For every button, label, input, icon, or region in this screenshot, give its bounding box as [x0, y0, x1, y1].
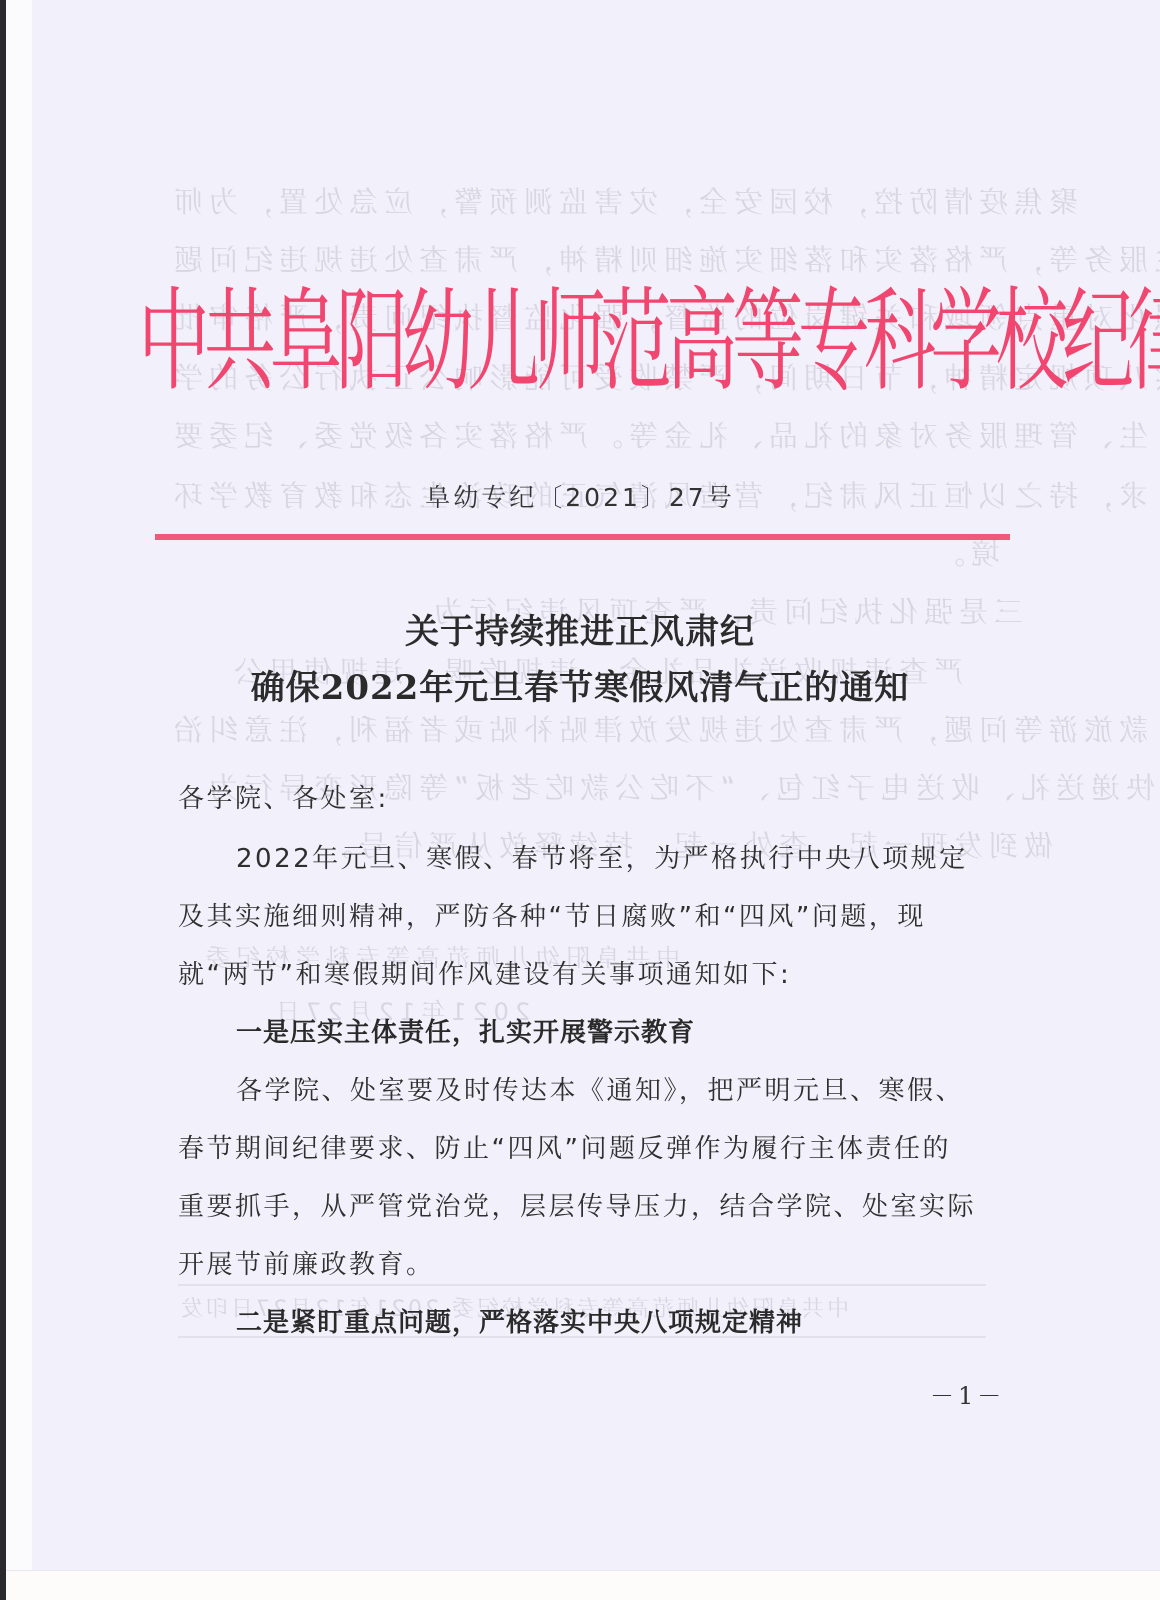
- section-heading-1: 一是压实主体责任，扎实开展警示教育: [236, 1012, 695, 1049]
- paragraph-line: 及其实施细则精神，严防各种“节日腐败”和“四风”问题，现: [178, 896, 998, 933]
- document-title-line2: 确保2022年元旦春节寒假风清气正的通知: [0, 660, 1160, 709]
- scan-margin-left: [6, 0, 32, 1570]
- page-number: －1－: [930, 1376, 1005, 1411]
- salutation: 各学院、各处室:: [178, 778, 998, 815]
- paragraph-line: 重要抓手，从严管党治党，层层传导压力，结合学院、处室实际: [178, 1186, 998, 1223]
- paragraph-line: 各学院、处室要及时传达本《通知》，把严明元旦、寒假、: [236, 1070, 1056, 1107]
- masthead-organization: 中共阜阳幼儿师范高等专科学校纪律检查委员会: [138, 232, 1030, 449]
- document-number: 阜幼专纪〔2021〕27号: [0, 478, 1160, 514]
- scan-bottom-strip: [6, 1570, 1160, 1600]
- red-separator-rule: [155, 534, 1010, 540]
- bleed-through-rule: [178, 1284, 986, 1286]
- paragraph-line: 就“两节”和寒假期间作风建设有关事项通知如下:: [178, 954, 998, 991]
- paragraph-line: 开展节前廉政教育。: [178, 1244, 998, 1281]
- section-heading-2: 二是紧盯重点问题，严格落实中央八项规定精神: [236, 1302, 803, 1339]
- document-title-line1: 关于持续推进正风肃纪: [0, 604, 1160, 653]
- paragraph-line: 春节期间纪律要求、防止“四风”问题反弹作为履行主体责任的: [178, 1128, 998, 1165]
- paragraph-line: 2022年元旦、寒假、春节将至，为严格执行中央八项规定: [236, 838, 1056, 875]
